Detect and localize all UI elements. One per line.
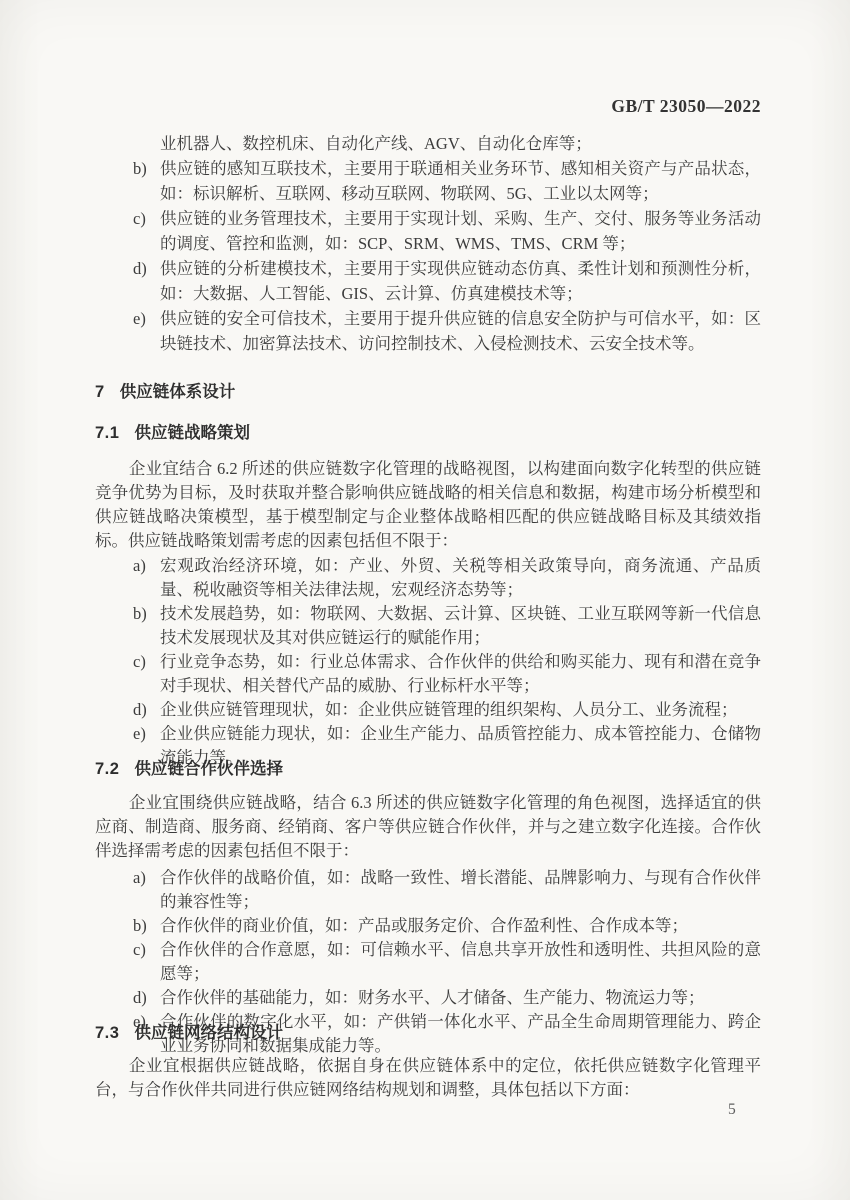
- list-item-text: 供应链的业务管理技术，主要用于实现计划、采购、生产、交付、服务等业务活动的调度、…: [160, 209, 761, 253]
- list-item-a: a) 宏观政治经济环境，如：产业、外贸、关税等相关政策导向，商务流通、产品质量、…: [95, 554, 761, 602]
- intro-list: 业机器人、数控机床、自动化产线、AGV、自动化仓库等； b) 供应链的感知互联技…: [95, 131, 761, 356]
- list-item-label: b): [133, 914, 147, 938]
- list-item-b: b) 技术发展趋势，如：物联网、大数据、云计算、区块链、工业互联网等新一代信息技…: [95, 602, 761, 650]
- list-item-c: c) 行业竞争态势，如：行业总体需求、合作伙伴的供给和购买能力、现有和潜在竞争对…: [95, 650, 761, 698]
- list-item-c: c) 合作伙伴的合作意愿，如：可信赖水平、信息共享开放性和透明性、共担风险的意愿…: [95, 938, 761, 986]
- list-item-label: d): [133, 986, 147, 1010]
- list-item-label: a): [133, 554, 146, 578]
- list-item-text: 行业竞争态势，如：行业总体需求、合作伙伴的供给和购买能力、现有和潜在竞争对手现状…: [160, 652, 761, 695]
- list-item-text: 供应链的安全可信技术，主要用于提升供应链的信息安全防护与可信水平，如：区块链技术…: [160, 309, 761, 353]
- list-item-text: 合作伙伴的基础能力，如：财务水平、人才储备、生产能力、物流运力等；: [160, 988, 705, 1007]
- list-item-d: d) 企业供应链管理现状，如：企业供应链管理的组织架构、人员分工、业务流程；: [95, 698, 761, 722]
- list-item-label: d): [133, 698, 147, 722]
- section-paragraph-7-2: 企业宜围绕供应链战略，结合 6.3 所述的供应链数字化管理的角色视图，选择适宜的…: [95, 791, 761, 863]
- doc-code-header: GB/T 23050—2022: [95, 96, 761, 117]
- section-paragraph-7-1: 企业宜结合 6.2 所述的供应链数字化管理的战略视图，以构建面向数字化转型的供应…: [95, 457, 761, 553]
- list-item-label: e): [133, 722, 146, 746]
- list-item-label: c): [133, 650, 146, 674]
- list-item-text: 技术发展趋势，如：物联网、大数据、云计算、区块链、工业互联网等新一代信息技术发展…: [160, 604, 761, 647]
- section-paragraph-7-3: 企业宜根据供应链战略，依据自身在供应链体系中的定位，依托供应链数字化管理平台，与…: [95, 1054, 761, 1102]
- section-heading-7-1: 7.1供应链战略策划: [95, 422, 761, 444]
- section-title: 供应链合作伙伴选择: [134, 760, 283, 778]
- page-number: 5: [728, 1101, 736, 1119]
- list-item-label: c): [133, 206, 146, 231]
- list-item-text: 供应链的分析建模技术，主要用于实现供应链动态仿真、柔性计划和预测性分析，如：大数…: [160, 259, 761, 303]
- list-item-label: c): [133, 938, 146, 962]
- list-item-label: d): [133, 256, 147, 281]
- list-item-text: 合作伙伴的战略价值，如：战略一致性、增长潜能、品牌影响力、与现有合作伙伴的兼容性…: [160, 868, 761, 911]
- chapter-title: 供应链体系设计: [120, 383, 236, 401]
- section-heading-7-2: 7.2供应链合作伙伴选择: [95, 758, 761, 780]
- section-list-7-1: a) 宏观政治经济环境，如：产业、外贸、关税等相关政策导向，商务流通、产品质量、…: [95, 554, 761, 770]
- list-item-text: 宏观政治经济环境，如：产业、外贸、关税等相关政策导向，商务流通、产品质量、税收融…: [160, 556, 761, 599]
- section-title: 供应链网络结构设计: [134, 1024, 283, 1042]
- list-item-d: d) 合作伙伴的基础能力，如：财务水平、人才储备、生产能力、物流运力等；: [95, 986, 761, 1010]
- chapter-heading: 7供应链体系设计: [95, 381, 761, 403]
- section-number: 7.1: [95, 424, 119, 442]
- list-item-label: b): [133, 156, 147, 181]
- list-item-continuation: 业机器人、数控机床、自动化产线、AGV、自动化仓库等；: [95, 131, 761, 156]
- list-item-d: d) 供应链的分析建模技术，主要用于实现供应链动态仿真、柔性计划和预测性分析，如…: [95, 256, 761, 306]
- list-item-text: 合作伙伴的商业价值，如：产品或服务定价、合作盈利性、合作成本等；: [160, 916, 688, 935]
- list-item-e: e) 供应链的安全可信技术，主要用于提升供应链的信息安全防护与可信水平，如：区块…: [95, 306, 761, 356]
- list-item-text: 供应链的感知互联技术，主要用于联通相关业务环节、感知相关资产与产品状态，如：标识…: [160, 159, 761, 203]
- list-item-label: a): [133, 866, 146, 890]
- list-item-text: 企业供应链管理现状，如：企业供应链管理的组织架构、人员分工、业务流程；: [160, 700, 738, 719]
- section-heading-7-3: 7.3供应链网络结构设计: [95, 1022, 761, 1044]
- section-number: 7.2: [95, 760, 119, 778]
- section-number: 7.3: [95, 1024, 119, 1042]
- list-item-b: b) 合作伙伴的商业价值，如：产品或服务定价、合作盈利性、合作成本等；: [95, 914, 761, 938]
- chapter-number: 7: [95, 383, 105, 401]
- list-item-b: b) 供应链的感知互联技术，主要用于联通相关业务环节、感知相关资产与产品状态，如…: [95, 156, 761, 206]
- document-page: GB/T 23050—2022 业机器人、数控机床、自动化产线、AGV、自动化仓…: [0, 0, 850, 1200]
- list-item-label: e): [133, 306, 146, 331]
- list-item-label: b): [133, 602, 147, 626]
- list-item-c: c) 供应链的业务管理技术，主要用于实现计划、采购、生产、交付、服务等业务活动的…: [95, 206, 761, 256]
- list-item-text: 合作伙伴的合作意愿，如：可信赖水平、信息共享开放性和透明性、共担风险的意愿等；: [160, 940, 761, 983]
- list-item-a: a) 合作伙伴的战略价值，如：战略一致性、增长潜能、品牌影响力、与现有合作伙伴的…: [95, 866, 761, 914]
- section-title: 供应链战略策划: [134, 424, 250, 442]
